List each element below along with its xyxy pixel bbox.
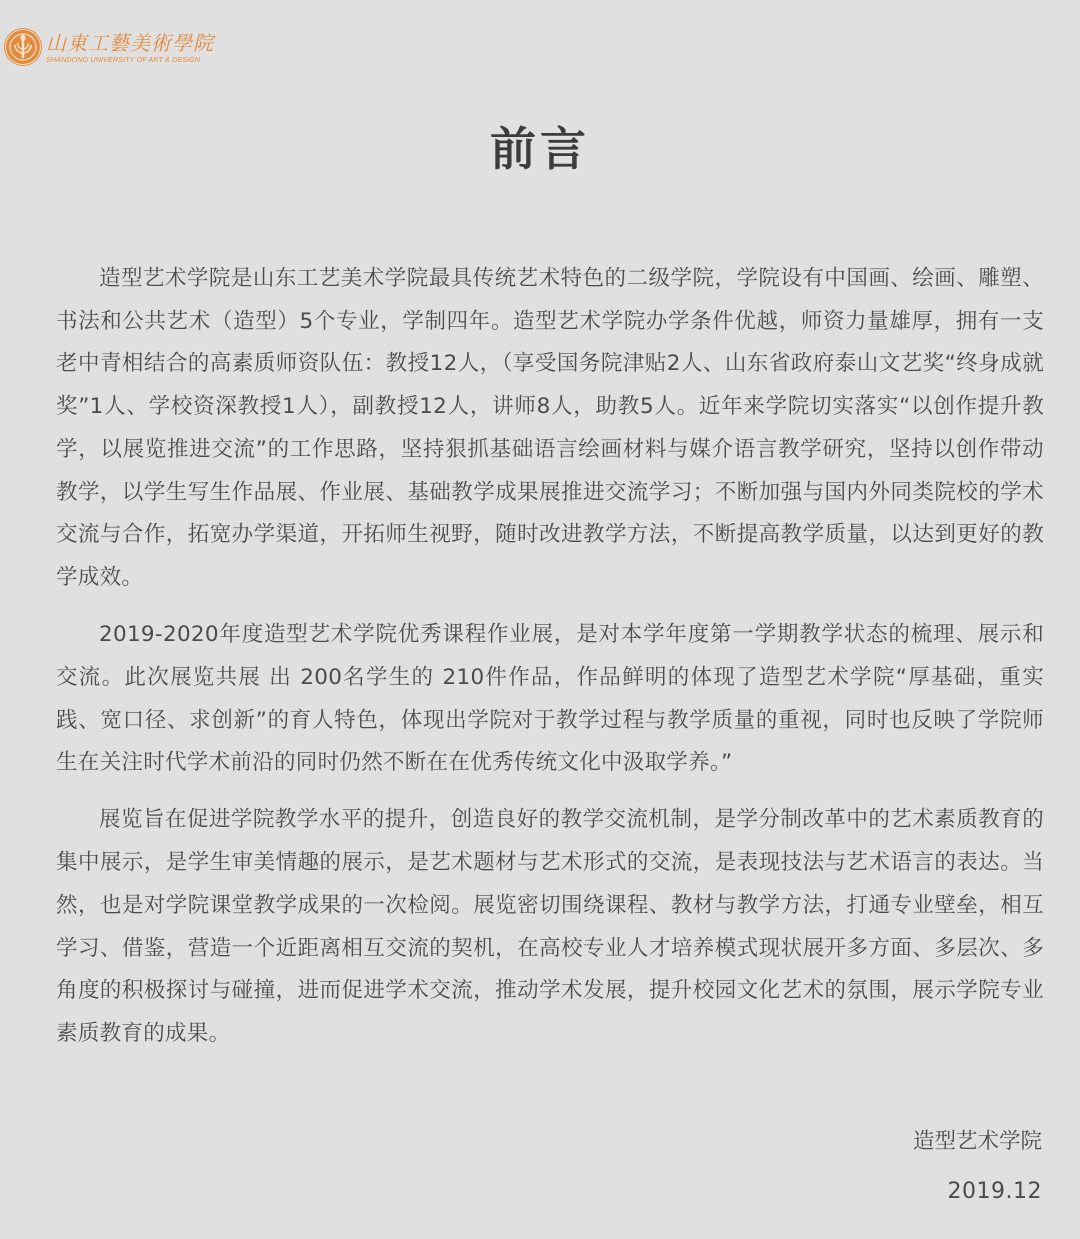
logo-text: 山東工藝美術學院 SHANDONG UNIVERSITY OF ART & DE… xyxy=(46,31,214,64)
document-body: 造型艺术学院是山东工艺美术学院最具传统艺术特色的二级学院，学院设有中国画、绘画、… xyxy=(56,258,1044,1056)
university-emblem-icon xyxy=(4,28,42,66)
page-title: 前言 xyxy=(0,118,1080,180)
logo-english-name: SHANDONG UNIVERSITY OF ART & DESIGN xyxy=(46,55,214,64)
logo-chinese-name: 山東工藝美術學院 xyxy=(46,31,214,55)
paragraph-purpose: 展览旨在促进学院教学水平的提升，创造良好的教学交流机制，是学分制改革中的艺术素质… xyxy=(56,799,1044,1055)
signature: 造型艺术学院 xyxy=(913,1126,1042,1158)
date: 2019.12 xyxy=(948,1176,1042,1208)
paragraph-exhibition: 2019-2020年度造型艺术学院优秀课程作业展，是对本学年度第一学期教学状态的… xyxy=(56,614,1044,785)
university-logo: 山東工藝美術學院 SHANDONG UNIVERSITY OF ART & DE… xyxy=(4,28,214,66)
paragraph-intro: 造型艺术学院是山东工艺美术学院最具传统艺术特色的二级学院，学院设有中国画、绘画、… xyxy=(56,258,1044,600)
